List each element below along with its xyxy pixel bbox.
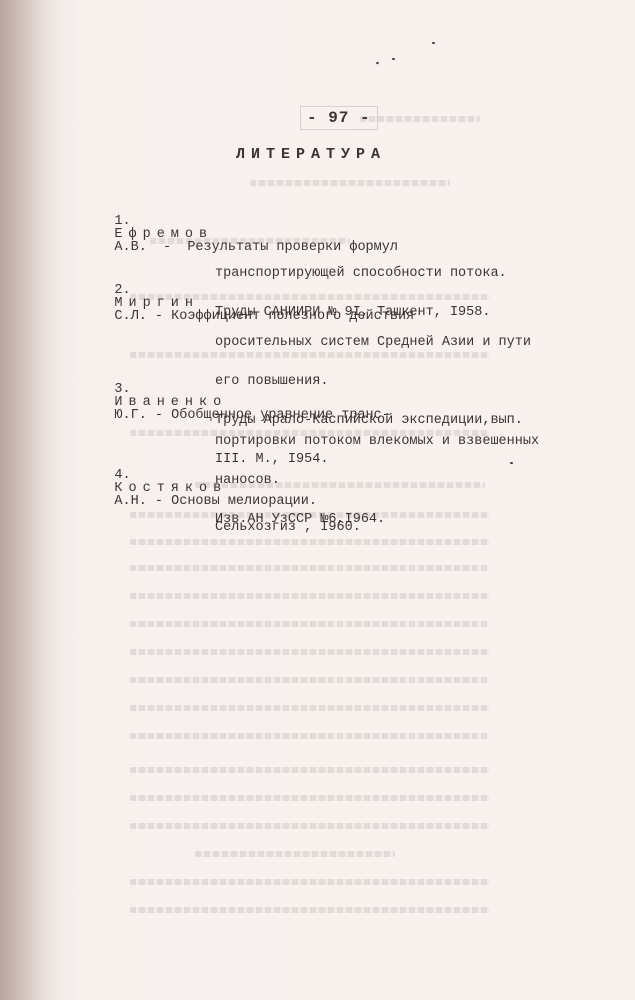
ink-speck [392,58,395,60]
bleed-through-line [130,907,490,913]
bleed-through-line [130,795,490,801]
bleed-through-line [360,116,480,122]
reference-title: А.В. - Результаты проверки формул [114,240,398,255]
page-number: - 97 - [300,106,378,130]
reference-continuation: оросительных систем Средней Азии и пути [82,336,531,349]
reference-title: Ю.Г. - Обобщенное уравнение транс- [114,408,389,423]
scanned-page: - 97 - ЛИТЕРАТУРА 1. Ефремов А.В. - Резу… [0,0,635,1000]
bleed-through-line [130,705,490,711]
bleed-through-line [130,649,490,655]
reference-title: С.Л. - Коэффициент полезного действия [114,309,414,324]
bleed-through-line [130,621,490,627]
reference-entry: 4. Костяков А.Н. - Основы мелиорации. Се… [82,456,361,560]
page-heading: ЛИТЕРАТУРА [236,146,386,163]
bleed-through-line [130,879,490,885]
ink-speck [432,42,435,44]
reference-continuation: Сельхозгиз , I960. [82,521,361,534]
bleed-through-line [130,823,490,829]
bleed-through-line [195,851,395,857]
bleed-through-line [250,180,450,186]
bleed-through-line [130,733,490,739]
bleed-through-line [130,767,490,773]
bleed-through-line [130,593,490,599]
reference-title: А.Н. - Основы мелиорации. [114,494,317,509]
ink-speck [376,61,380,64]
bleed-through-line [130,677,490,683]
reference-continuation: портировки потоком влекомых и взвешенных [82,435,539,448]
bleed-through-line [130,565,490,571]
